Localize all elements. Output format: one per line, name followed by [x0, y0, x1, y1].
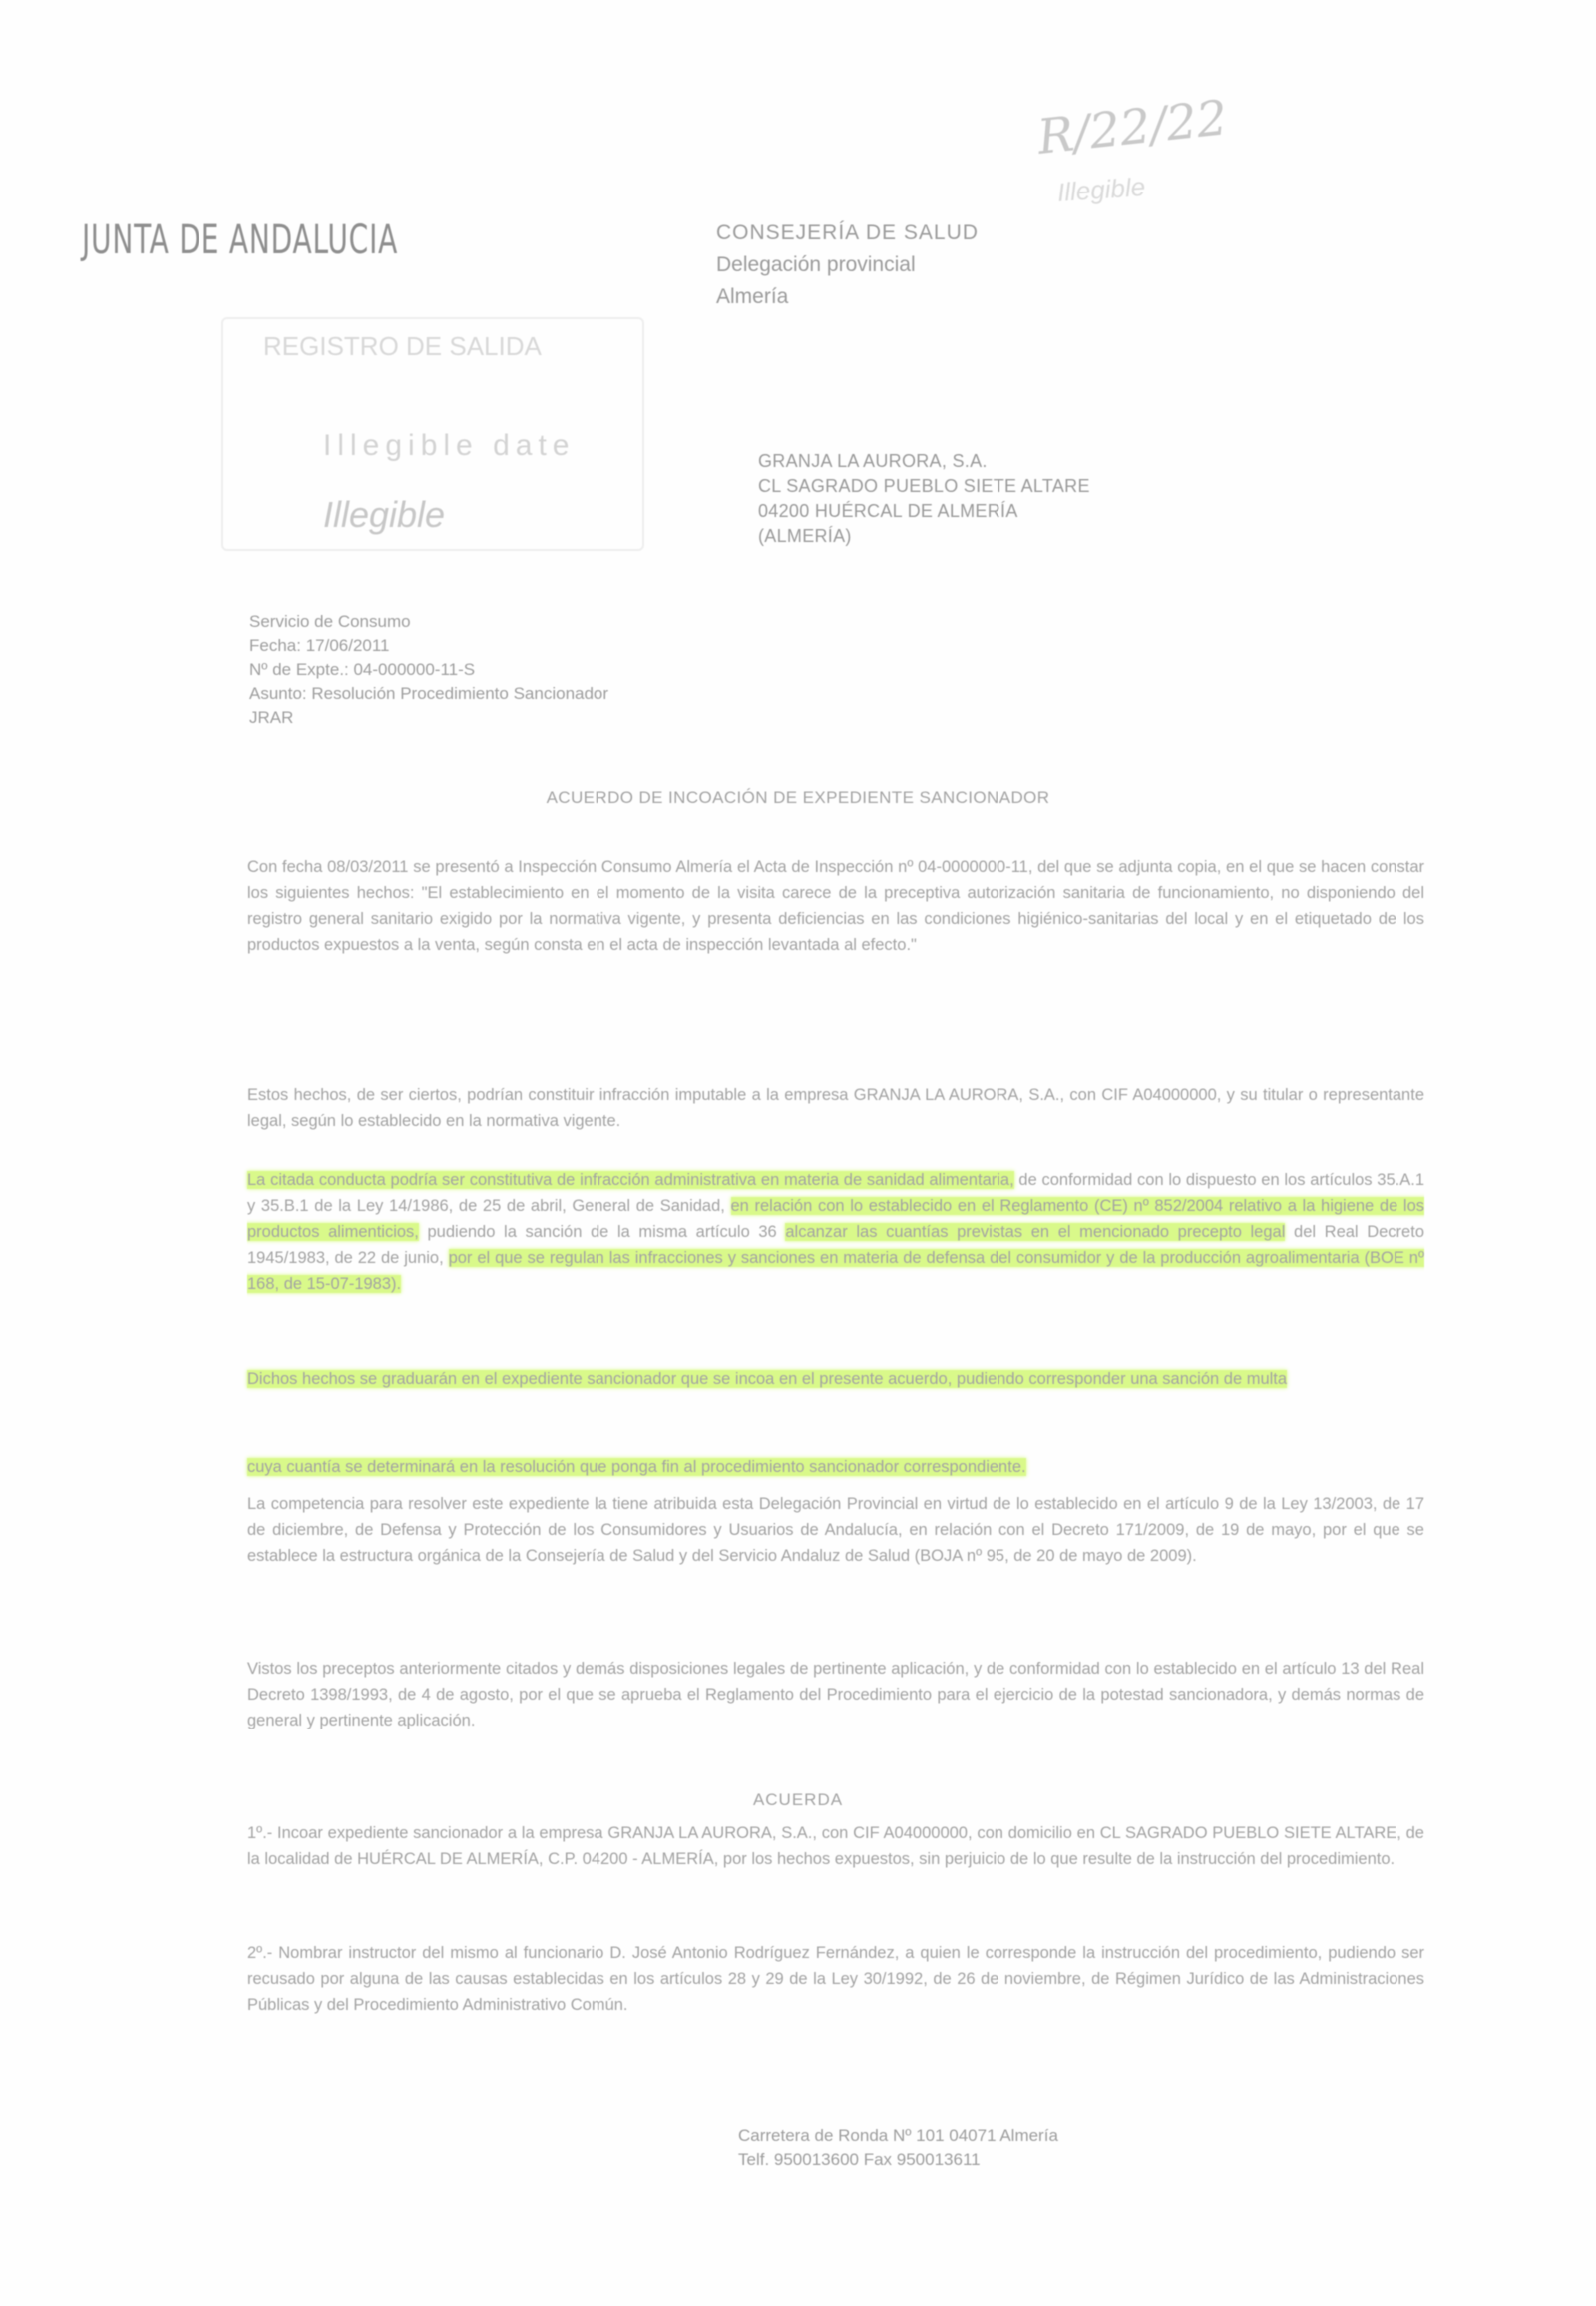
paragraph: Vistos los preceptos anteriormente citad…: [247, 1656, 1424, 1733]
handwritten-reference: R/22/22: [1035, 90, 1230, 166]
stamp-number: Illegible: [323, 494, 445, 536]
footer-address: Carretera de Ronda Nº 101 04071 Almería …: [738, 2124, 1058, 2172]
highlighted-text: La citada conducta podría ser constituti…: [247, 1171, 1014, 1189]
reference-initials: JRAR: [249, 706, 608, 730]
resolution-item: 2º.- Nombrar instructor del mismo al fun…: [247, 1940, 1424, 2018]
reference-file-number: Nº de Expte.: 04-000000-11-S: [249, 658, 608, 682]
stamp-date: Illegible date: [323, 429, 575, 463]
recipient-line: CL SAGRADO PUEBLO SIETE ALTARE: [758, 474, 1090, 499]
paragraph-highlighted: Dichos hechos se graduarán en el expedie…: [247, 1366, 1424, 1392]
resolution-item: 1º.- Incoar expediente sancionador a la …: [247, 1820, 1424, 1872]
reference-date: Fecha: 17/06/2011: [249, 634, 608, 658]
organization-logo: JUNTA DE ANDALUCIA: [82, 217, 398, 263]
text-segment: La competencia para resolver este expedi…: [247, 1495, 1424, 1565]
department-block: CONSEJERÍA DE SALUD Delegación provincia…: [716, 217, 979, 313]
paragraph: Estos hechos, de ser ciertos, podrían co…: [247, 1082, 1424, 1134]
highlighted-text: alcanzar las cuantías previstas en el me…: [785, 1223, 1285, 1241]
highlighted-text: Dichos hechos se graduarán en el expedie…: [247, 1370, 1287, 1388]
stamp-title: REGISTRO DE SALIDA: [263, 331, 542, 362]
paragraph-highlighted: La citada conducta podría ser constituti…: [247, 1167, 1424, 1297]
text-segment: Estos hechos, de ser ciertos, podrían co…: [247, 1086, 1424, 1130]
recipient-line: 04200 HUÉRCAL DE ALMERÍA: [758, 499, 1090, 524]
text-segment: pudiendo la sanción de la misma artículo…: [419, 1223, 785, 1241]
reference-block: Servicio de Consumo Fecha: 17/06/2011 Nº…: [249, 610, 608, 730]
registry-stamp: REGISTRO DE SALIDA Illegible date Illegi…: [221, 317, 644, 551]
reference-service: Servicio de Consumo: [249, 610, 608, 634]
handwritten-sub-note: Illegible: [1056, 172, 1146, 208]
acuerda-heading: ACUERDA: [0, 1790, 1596, 1810]
footer-street: Carretera de Ronda Nº 101 04071 Almería: [738, 2124, 1058, 2148]
document-title: ACUERDO DE INCOACIÓN DE EXPEDIENTE SANCI…: [0, 788, 1596, 808]
paragraph: La competencia para resolver este expedi…: [247, 1491, 1424, 1569]
paragraph: Con fecha 08/03/2011 se presentó a Inspe…: [247, 854, 1424, 958]
delegation-city: Almería: [716, 281, 979, 313]
reference-subject: Asunto: Resolución Procedimiento Sancion…: [249, 682, 608, 706]
document-page: JUNTA DE ANDALUCIA CONSEJERÍA DE SALUD D…: [0, 0, 1596, 2306]
paragraph-highlighted: cuya cuantía se determinará en la resolu…: [247, 1454, 1424, 1480]
department-name: CONSEJERÍA DE SALUD: [716, 217, 979, 249]
text-segment: Con fecha 08/03/2011 se presentó a Inspe…: [247, 858, 1424, 954]
text-segment: Vistos los preceptos anteriormente citad…: [247, 1660, 1424, 1729]
footer-phones: Telf. 950013600 Fax 950013611: [738, 2148, 1058, 2172]
recipient-address: GRANJA LA AURORA, S.A. CL SAGRADO PUEBLO…: [758, 449, 1090, 549]
recipient-line: GRANJA LA AURORA, S.A.: [758, 449, 1090, 474]
delegation-name: Delegación provincial: [716, 249, 979, 281]
recipient-line: (ALMERÍA): [758, 524, 1090, 549]
highlighted-text: cuya cuantía se determinará en la resolu…: [247, 1458, 1026, 1476]
